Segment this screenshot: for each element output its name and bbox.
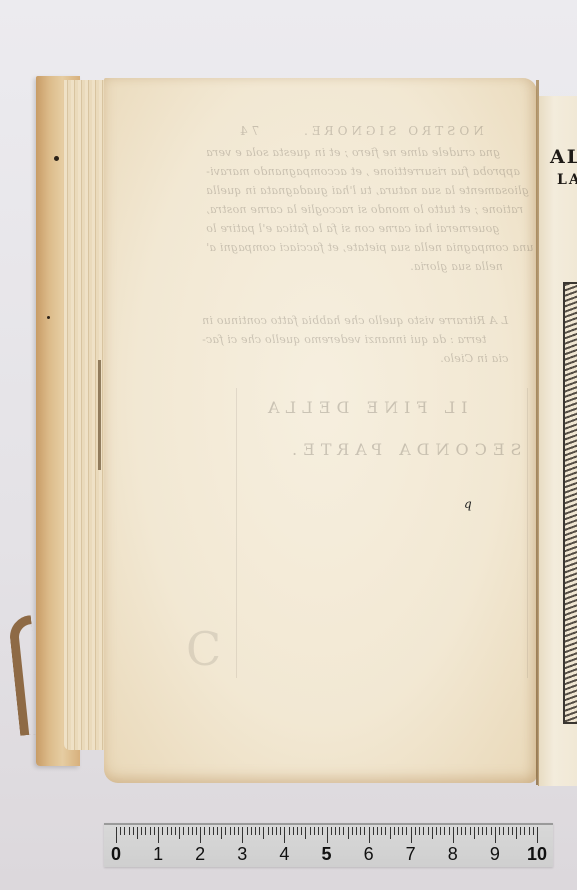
ruler-tick (339, 827, 340, 835)
ruler-label: 3 (237, 844, 247, 865)
showthrough-line: gliosamente la sua natura, tu l'hai guad… (206, 184, 529, 197)
ruler-tick (327, 827, 328, 843)
ruler-tick (440, 827, 441, 835)
woodcut-illustration (563, 282, 577, 724)
ruler-tick (242, 827, 243, 843)
ruler-tick (167, 827, 168, 835)
ruler-tick (255, 827, 256, 835)
ruler-tick (348, 827, 349, 839)
ink-mark: q (464, 497, 472, 511)
stain-spot (54, 156, 59, 161)
ruler-tick (449, 827, 450, 835)
ruler-tick (398, 827, 399, 835)
ruler-tick (225, 827, 226, 835)
ruler-tick (520, 827, 521, 835)
ruler-label: 5 (321, 844, 331, 865)
ruler-tick (217, 827, 218, 835)
ruler-tick (478, 827, 479, 835)
ruler-tick (482, 827, 483, 835)
ruler-tick (377, 827, 378, 835)
ruler-tick (251, 827, 252, 835)
showthrough-header: NOSTRO SIGNORE. (300, 124, 484, 138)
ruler-tick (360, 827, 361, 835)
ruler-label: 0 (111, 844, 121, 865)
ruler-tick (192, 827, 193, 835)
ruler-tick (200, 827, 201, 843)
right-page-title: ALC (550, 146, 577, 168)
ruler-tick (385, 827, 386, 835)
stain-spot (47, 316, 50, 319)
ruler-tick (234, 827, 235, 835)
ruler-tick (196, 827, 197, 835)
ruler-tick (465, 827, 466, 835)
showthrough-paragraph-line: terra : da qui innanzi vederemo quello c… (202, 333, 486, 346)
showthrough-line: approba fua risurrettione , et accompagn… (206, 165, 520, 178)
ruler-tick (284, 827, 285, 843)
ruler-tick (171, 827, 172, 835)
ruler-tick (318, 827, 319, 835)
ruler-tick (268, 827, 269, 835)
ruler-tick (415, 827, 416, 835)
ruler-tick (369, 827, 370, 843)
ruler-label: 7 (406, 844, 416, 865)
ruler-tick (503, 827, 504, 835)
showthrough-line: ad una compagnia nella sua pietate, et f… (206, 241, 551, 254)
ruler-label: 1 (153, 844, 163, 865)
ruler-tick (158, 827, 159, 843)
ruler-tick (221, 827, 222, 839)
ruler-tick (310, 827, 311, 835)
ruler-tick (411, 827, 412, 843)
ruler-tick (419, 827, 420, 835)
ruler-tick (524, 827, 525, 835)
book-photo: NOSTRO SIGNORE. 74 gna crudele alme ne f… (0, 0, 577, 890)
ruler-tick (457, 827, 458, 835)
ruler-tick (272, 827, 273, 835)
ruler-tick (141, 827, 142, 835)
ruler-tick (305, 827, 306, 839)
ruler-tick (183, 827, 184, 835)
ruler-tick (162, 827, 163, 835)
ruler-tick (381, 827, 382, 835)
ruler-tick (238, 827, 239, 835)
ruler-tick (428, 827, 429, 835)
ruler-tick (499, 827, 500, 835)
ruler-tick (470, 827, 471, 835)
showthrough-dropcap: C (186, 622, 221, 676)
ruler-tick (213, 827, 214, 835)
showthrough-paragraph-line: cia in Cielo. (440, 352, 508, 365)
ruler-tick (116, 827, 117, 843)
ruler-tick (297, 827, 298, 835)
ruler-tick (406, 827, 407, 835)
ruler-tick (120, 827, 121, 835)
ruler-label: 6 (364, 844, 374, 865)
right-page-subtitle: LA (557, 172, 577, 188)
ruler-tick (537, 827, 538, 843)
ruler-tick (335, 827, 336, 835)
ruler-tick (129, 827, 130, 835)
ruler-tick (209, 827, 210, 835)
showthrough-line: gouernerai hai carne con si fa la fatica… (206, 222, 499, 235)
ruler-tick (137, 827, 138, 839)
ruler-tick (436, 827, 437, 835)
ruler-tick (204, 827, 205, 835)
ruler-tick (343, 827, 344, 835)
ruler-tick (495, 827, 496, 843)
ruler-tick (230, 827, 231, 835)
ruler-tick (331, 827, 332, 835)
ruler-tick (276, 827, 277, 835)
showthrough-line: gna crudele alme ne fiero ; et in questa… (206, 146, 500, 159)
ruler-tick (533, 827, 534, 835)
showthrough-line: nella sua gloria. (410, 260, 503, 273)
showthrough-frame (236, 388, 528, 678)
ruler-tick (512, 827, 513, 835)
ruler-tick (432, 827, 433, 839)
ruler-tick (263, 827, 264, 839)
ruler-tick (423, 827, 424, 835)
ruler-tick (402, 827, 403, 835)
ruler-tick (133, 827, 134, 835)
ruler-tick (259, 827, 260, 835)
ruler-tick (453, 827, 454, 843)
ruler-tick (175, 827, 176, 835)
ruler-tick (486, 827, 487, 835)
ruler-tick (314, 827, 315, 835)
ruler-label: 9 (490, 844, 500, 865)
showthrough-paragraph-line: L A Ritrarre visto quello che habbia fat… (202, 314, 508, 327)
ruler-tick (352, 827, 353, 835)
page-stack-shadow (98, 360, 101, 470)
ruler-tick (124, 827, 125, 835)
ruler-tick (356, 827, 357, 835)
ruler-tick (247, 827, 248, 835)
ruler-tick (394, 827, 395, 835)
ruler-tick (461, 827, 462, 835)
ruler-label: 2 (195, 844, 205, 865)
ruler-tick (364, 827, 365, 835)
ruler-tick (280, 827, 281, 835)
ruler-label: 8 (448, 844, 458, 865)
ruler-tick (529, 827, 530, 835)
ruler-tick (508, 827, 509, 835)
ruler-tick (301, 827, 302, 835)
showthrough-page-number: 74 (236, 124, 259, 138)
ruler-tick (516, 827, 517, 839)
ruler-tick (293, 827, 294, 835)
ruler-tick (145, 827, 146, 835)
ruler-tick (474, 827, 475, 839)
ruler-tick (373, 827, 374, 835)
showthrough-line: ratione ; et tutto lo mondo si raccoglie… (206, 203, 523, 216)
ruler-label: 4 (279, 844, 289, 865)
ruler-tick (444, 827, 445, 835)
ruler-tick (491, 827, 492, 835)
ruler-tick (154, 827, 155, 835)
ruler-label: 10 (527, 844, 547, 865)
ruler-tick (390, 827, 391, 839)
ruler-tick (289, 827, 290, 835)
ruler-tick (188, 827, 189, 835)
ruler-tick (179, 827, 180, 839)
ruler-tick (322, 827, 323, 835)
measuring-scale: 012345678910 (104, 823, 553, 867)
ruler-tick (150, 827, 151, 835)
